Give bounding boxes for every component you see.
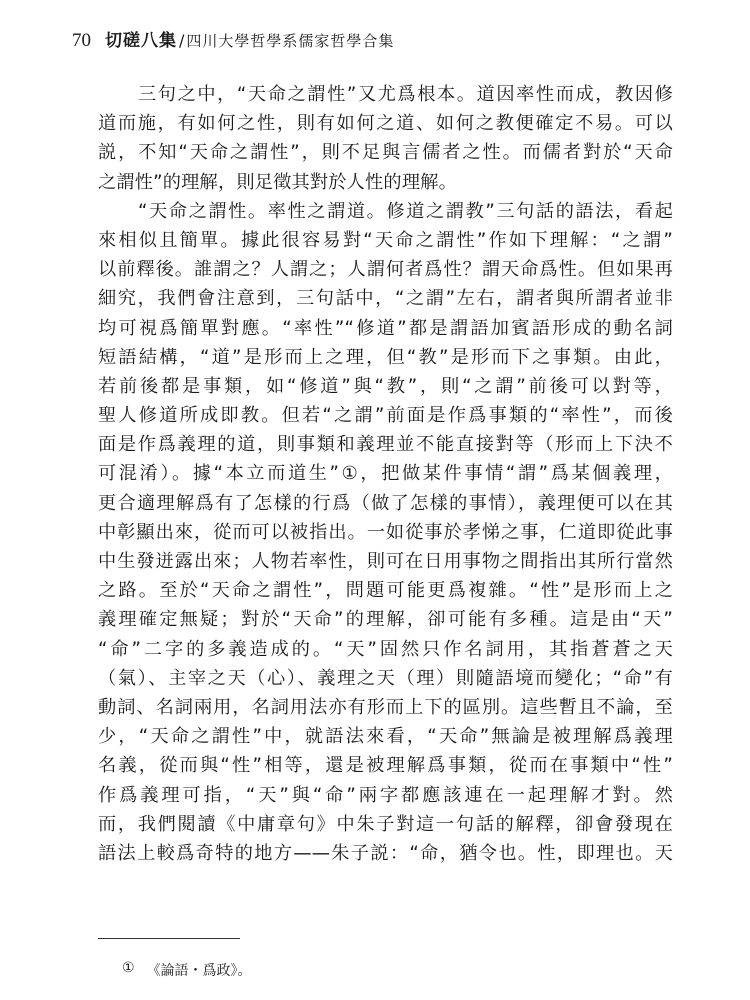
text-line: 名義，從而與“性”相等，還是被理解爲事類，從而在事類中“性” bbox=[98, 751, 673, 780]
text-line: 中彰顯出來，從而可以被指出。一如從事於孝悌之事，仁道即從此事 bbox=[98, 518, 673, 547]
text-line: （氣）、主宰之天（心）、義理之天（理）則隨語境而變化；“命”有 bbox=[98, 664, 673, 693]
text-line: 語法上較爲奇特的地方——朱子説：“命，猶令也。性，即理也。天 bbox=[98, 839, 673, 868]
text-line: 少，“天命之謂性”中，就語法來看，“天命”無論是被理解爲義理 bbox=[98, 722, 673, 751]
text-line: 聖人修道所成即教。但若“之謂”前面是作爲事類的“率性”，而後 bbox=[98, 401, 673, 430]
footnote-divider bbox=[98, 938, 240, 939]
text-line: 更合適理解爲有了怎樣的行爲（做了怎樣的事情），義理便可以在其 bbox=[98, 489, 673, 518]
running-header: 70 切磋八集 / 四川大學哲學系儒家哲學合集 bbox=[72, 26, 394, 56]
footnote-1: ① 《論語・爲政》。 bbox=[122, 960, 252, 980]
text-line: 均可視爲簡單對應。“率性”“修道”都是謂語加賓語形成的動名詞 bbox=[98, 314, 673, 343]
text-line: 來相似且簡單。據此很容易對“天命之謂性”作如下理解：“之謂” bbox=[98, 226, 673, 255]
series-title: 四川大學哲學系儒家哲學合集 bbox=[186, 30, 394, 51]
paragraph-1: 三句之中，“天命之謂性”又尤爲根本。道因率性而成，教因修 道而施，有如何之性，則… bbox=[98, 80, 673, 197]
title-separator: / bbox=[179, 31, 184, 50]
text-line: 若前後都是事類，如“修道”與“教”，則“之謂”前後可以對等， bbox=[98, 372, 673, 401]
page-number: 70 bbox=[72, 30, 91, 52]
text-line: 動詞、名詞兩用，名詞用法亦有形而上下的區別。這些暫且不論，至 bbox=[98, 693, 673, 722]
text-line: 以前釋後。誰謂之？人謂之；人謂何者爲性？謂天命爲性。但如果再 bbox=[98, 255, 673, 284]
footnote-text: 《論語・爲政》。 bbox=[147, 960, 252, 980]
text-line: 之路。至於“天命之謂性”，問題可能更爲複雜。“性”是形而上之 bbox=[98, 576, 673, 605]
text-line: 面是作爲義理的道，則事類和義理並不能直接對等（形而上下決不 bbox=[98, 430, 673, 459]
body-text: 三句之中，“天命之謂性”又尤爲根本。道因率性而成，教因修 道而施，有如何之性，則… bbox=[98, 80, 673, 868]
book-title: 切磋八集 bbox=[105, 26, 177, 51]
text-line: 道而施，有如何之性，則有如何之道、如何之教便確定不易。可以 bbox=[98, 109, 673, 138]
text-line: 説，不知“天命之謂性”，則不足與言儒者之性。而儒者對於“天命 bbox=[98, 138, 673, 167]
text-line: 細究，我們會注意到，三句話中，“之謂”左右，謂者與所謂者並非 bbox=[98, 284, 673, 313]
text-line: 中生發迸露出來；人物若率性，則可在日用事物之間指出其所行當然 bbox=[98, 547, 673, 576]
text-line: 而，我們閱讀《中庸章句》中朱子對這一句話的解釋，卻會發現在 bbox=[98, 810, 673, 839]
footnote-marker: ① bbox=[122, 960, 135, 980]
text-line: 義理確定無疑；對於“天命”的理解，卻可能有多種。這是由“天” bbox=[98, 605, 673, 634]
text-line: 三句之中，“天命之謂性”又尤爲根本。道因率性而成，教因修 bbox=[98, 80, 673, 109]
text-line: 之謂性”的理解，則足徵其對於人性的理解。 bbox=[98, 168, 673, 197]
text-line: 作爲義理可指，“天”與“命”兩字都應該連在一起理解才對。然 bbox=[98, 781, 673, 810]
text-line: 可混淆）。據“本立而道生”①，把做某件事情“謂”爲某個義理， bbox=[98, 459, 673, 488]
text-line: “天命之謂性。率性之謂道。修道之謂教”三句話的語法，看起 bbox=[98, 197, 673, 226]
text-line: 短語結構，“道”是形而上之理，但“教”是形而下之事類。由此， bbox=[98, 343, 673, 372]
paragraph-2: “天命之謂性。率性之謂道。修道之謂教”三句話的語法，看起 來相似且簡單。據此很容… bbox=[98, 197, 673, 868]
text-line: “命”二字的多義造成的。“天”固然只作名詞用，其指蒼蒼之天 bbox=[98, 635, 673, 664]
